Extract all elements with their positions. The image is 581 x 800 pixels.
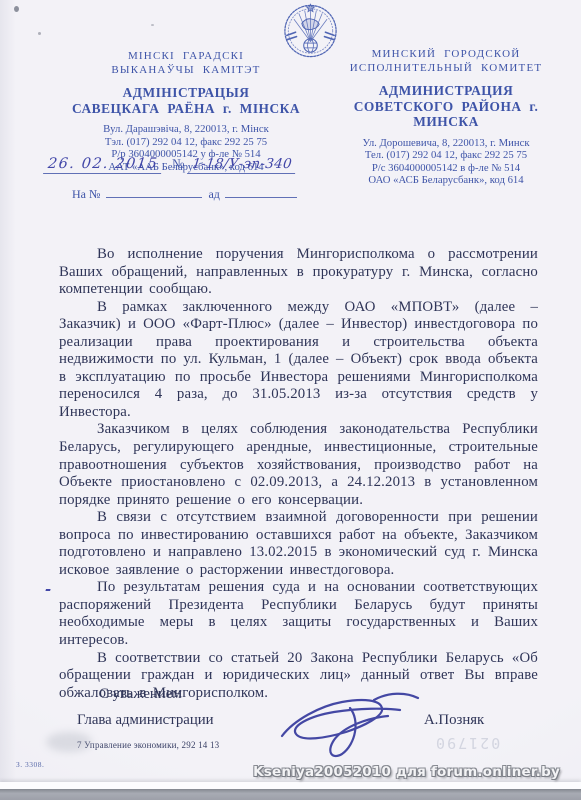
paper-bottom-edge [0,782,581,789]
admin-name-line: АДМИНИСТРАЦИЯ [336,83,556,99]
address-line: Тел. (017) 292 04 12, факс 292 25 75 [336,149,556,162]
org-line: ИСПОЛНИТЕЛЬНЫЙ КОМИТЕТ [336,62,556,76]
scan-speck [151,24,154,26]
org-line: МИНСКИЙ ГОРОДСКОЙ [336,48,556,62]
address-line: Ул. Дорошевича, 8, 220013, г. Минск [336,137,556,150]
scanned-letter-page: МІНСКІ ГАРАДСКІ ВЫКАНАЎЧЫ КАМІТЭТ АДМІНІ… [0,0,581,800]
number-sign-label: № [172,156,184,172]
margin-pen-mark: - [44,580,52,598]
blank-underline [106,184,202,198]
admin-name-line: СОВЕТСКОГО РАЙОНА г. МИНСКА [336,99,556,130]
scanner-background-strip [0,789,581,800]
pencil-smudge [46,732,92,752]
scan-speck [14,6,19,12]
org-line: ВЫКАНАЎЧЫ КАМІТЭТ [60,64,312,78]
outgoing-number-handwritten: 1-18/У-эп-340 [187,156,297,174]
print-order-code: З. 3308. [16,760,44,769]
address-line: Вул. Дарашэвіча, 8, 220013, г. Мінск [60,123,312,136]
body-paragraph-4: В связи с отсутствием взаимной договорен… [59,509,538,579]
blank-underline [225,184,297,198]
on-number-label: На № [72,187,100,201]
outgoing-date-handwritten: 26. 02. 2015 [43,156,163,174]
letter-body: Во исполнение поручения Мингорисполкома … [59,246,538,702]
address-line: Тэл. (017) 292 04 12, факс 292 25 75 [60,136,312,149]
scan-speck [38,32,41,35]
body-paragraph-2: В рамках заключенного между ОАО «МПОВТ» … [59,299,538,422]
admin-name-line: АДМІНІСТРАЦЫЯ [60,85,312,101]
bleed-through-digits: 021790 [434,734,500,752]
reference-line-incoming: На №ад [72,184,297,202]
admin-name-line: САВЕЦКАГА РАЁНА г. МІНСКА [60,101,312,117]
reference-line-outgoing: 26. 02. 2015№1-18/У-эп-340 [44,155,296,178]
signer-position: Глава администрации [77,712,214,729]
closing-regards: С уважением [99,686,182,703]
org-header-russian: МИНСКИЙ ГОРОДСКОЙ ИСПОЛНИТЕЛЬНЫЙ КОМИТЕТ… [336,48,556,187]
forum-watermark: Kseniya20052010 для forum.onliner.by [253,764,560,780]
body-paragraph-1: Во исполнение поручения Мингорисполкома … [59,246,538,299]
org-line: МІНСКІ ГАРАДСКІ [60,50,312,64]
body-paragraph-3: Заказчиком в целях соблюдения законодате… [59,421,538,509]
address-line: ОАО «АСБ Беларусбанк», код 614 [336,174,556,187]
signer-name: А.Позняк [424,712,484,729]
address-line: Р/с 3604000005142 в ф-ле № 514 [336,162,556,175]
signature-flourish [276,686,428,762]
executor-footnote: 7 Управление экономики, 292 14 13 [77,740,219,750]
body-paragraph-5: По результатам решения суда и на основан… [59,579,538,649]
from-date-label: ад [208,187,219,201]
